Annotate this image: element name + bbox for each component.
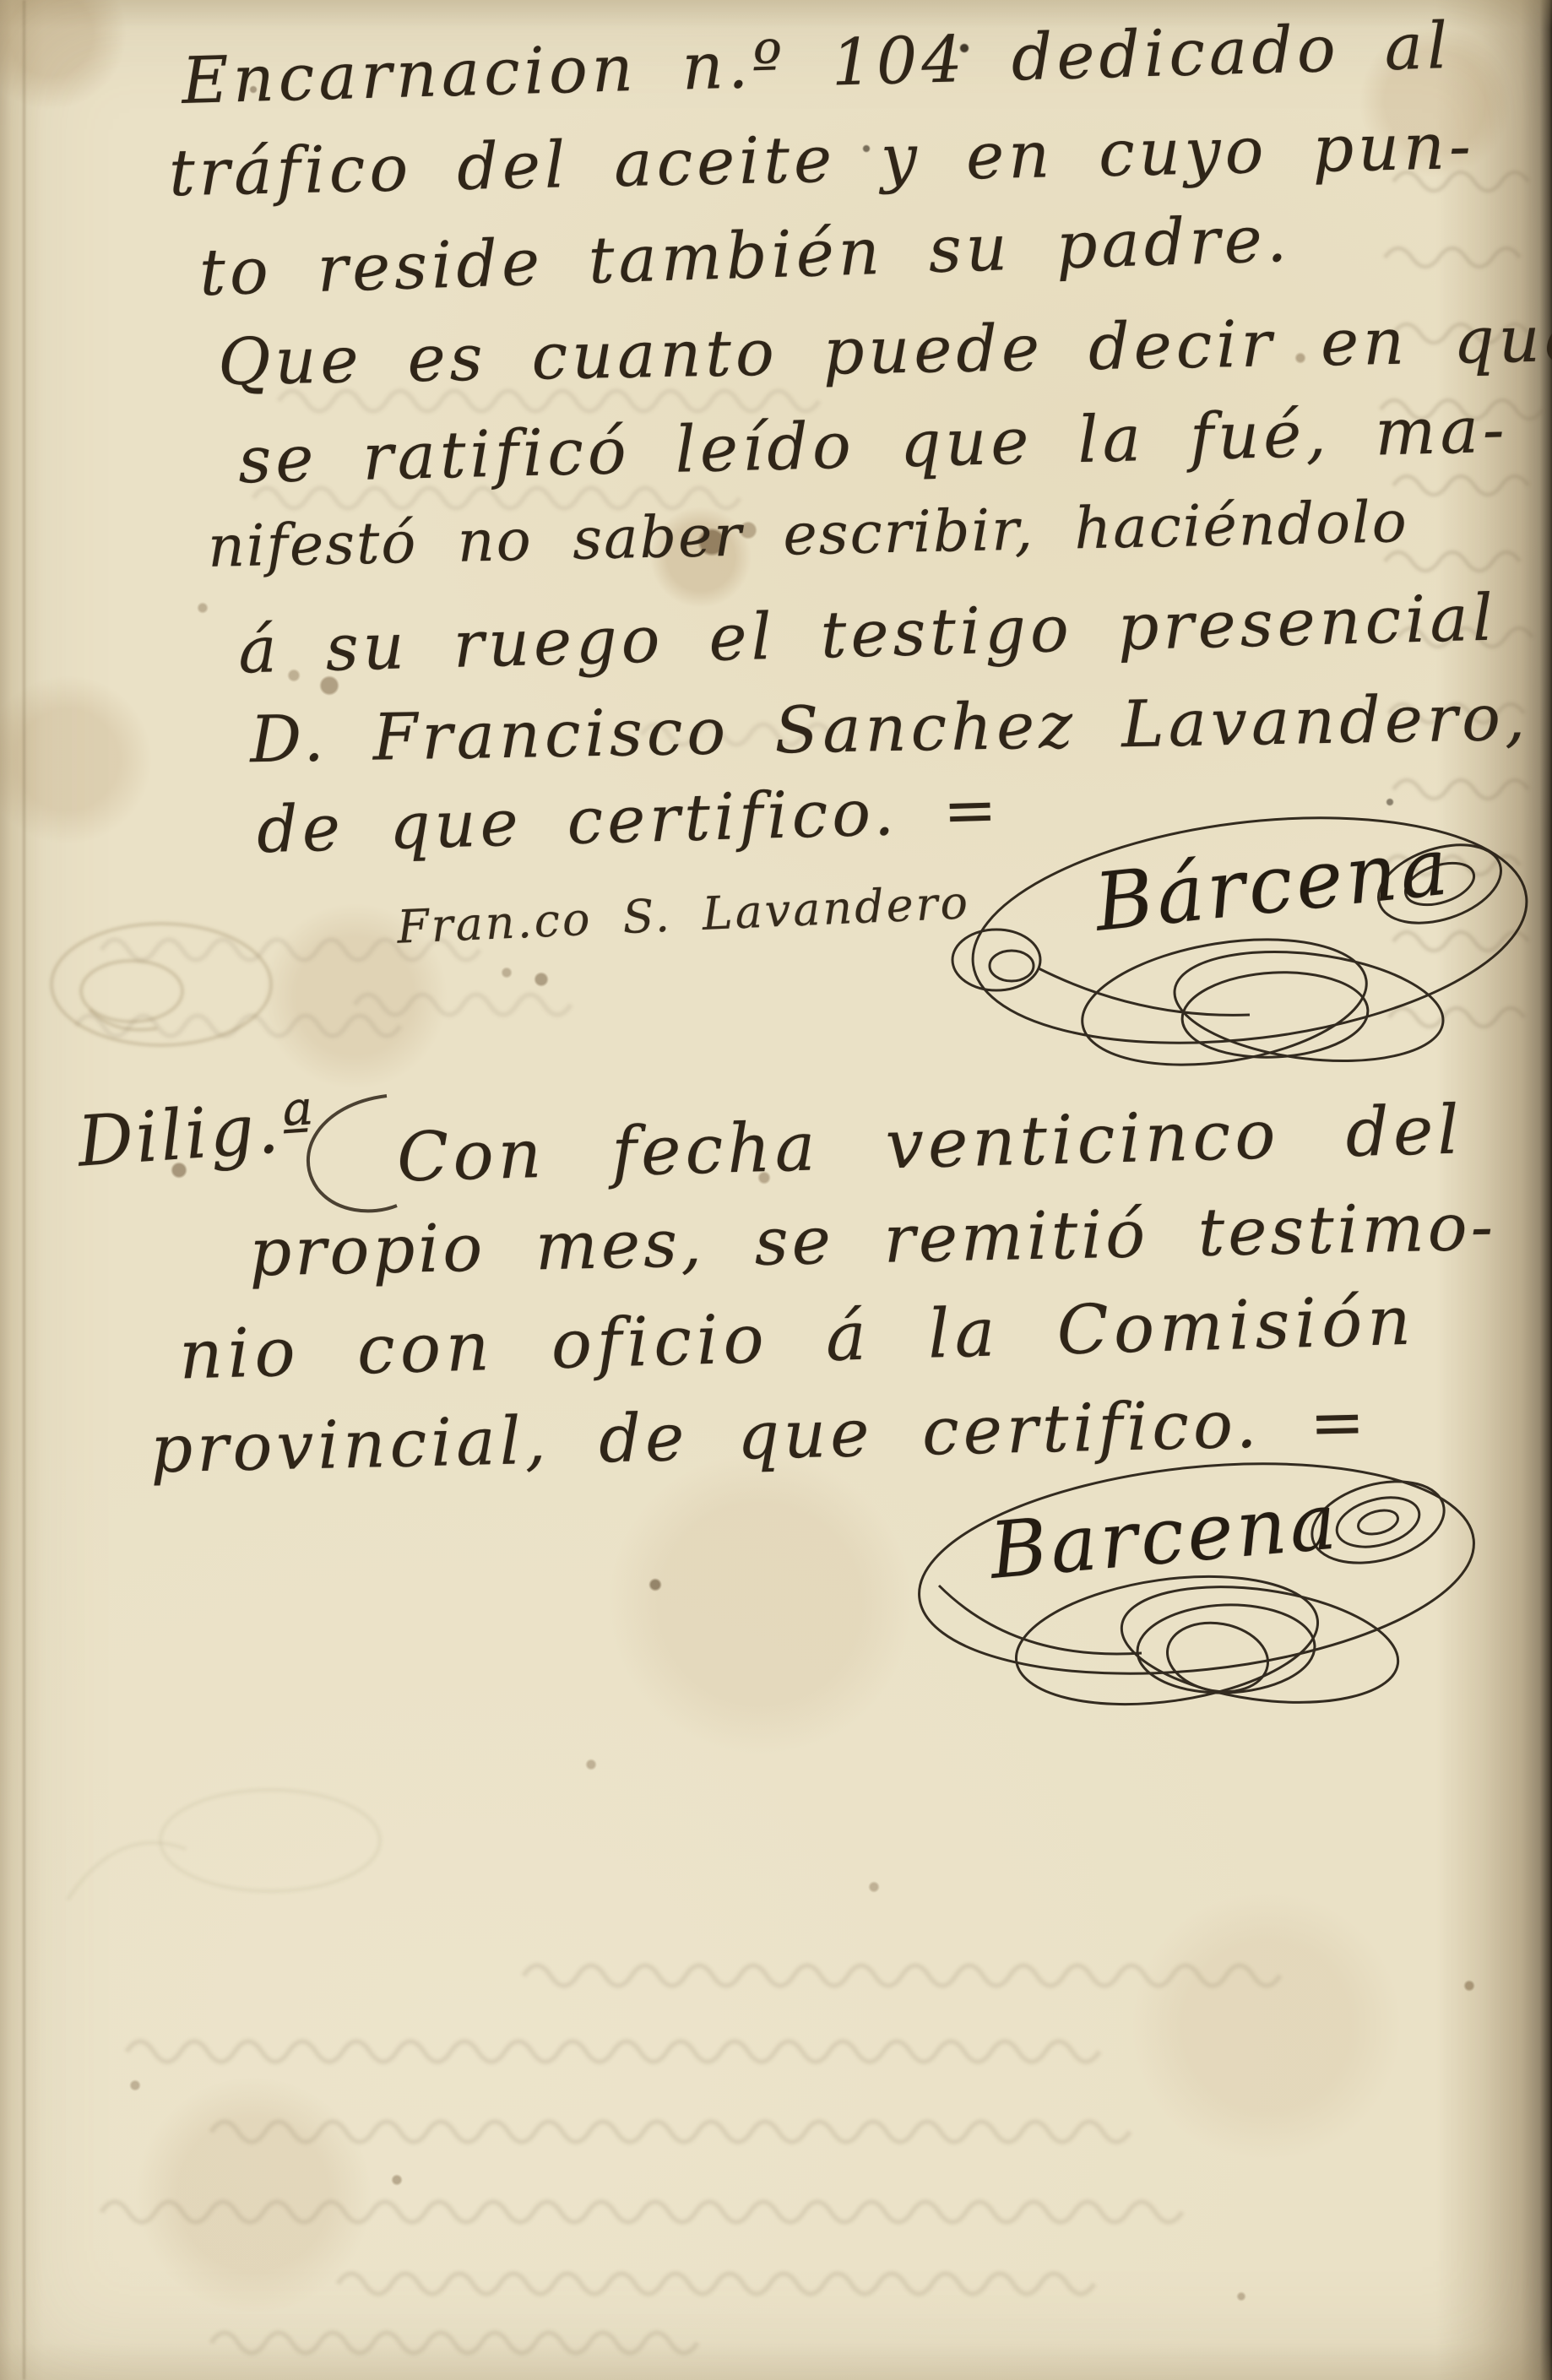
manuscript-line: de que certifico. = [256, 772, 1002, 868]
manuscript-line: á su ruego el testigo presencial [237, 579, 1498, 687]
manuscript-line: Encarnacion n.º 104 dedicado al [181, 8, 1452, 118]
manuscript-line: provincial, de que certifico. = [149, 1385, 1370, 1488]
diligencia-label: Dilig.ª [75, 1086, 319, 1183]
witness-signature: Fran.co S. Lavandero [396, 876, 971, 954]
manuscript-line: propio mes, se remitió testimo- [248, 1190, 1497, 1292]
manuscript-line: se ratificó leído que la fué, ma- [237, 392, 1509, 498]
manuscript-line: nio con oficio á la Comisión [178, 1282, 1417, 1395]
binding-crease [23, 0, 25, 2380]
manuscript-line: Con fecha venticinco del [396, 1090, 1464, 1196]
manuscript-page-scan: Encarnacion n.º 104 dedicado al tráfico … [0, 0, 1552, 2380]
notary-signature: Bárcena [1090, 821, 1455, 950]
manuscript-line: nifestó no saber escribir, haciéndolo [207, 489, 1408, 581]
manuscript-line: tráfico del aceite y en cuyo pun- [168, 108, 1475, 210]
manuscript-line: to reside también su padre. [198, 201, 1292, 311]
notary-signature: Barcena [986, 1476, 1343, 1597]
manuscript-line: Que es cuanto puede decir en que [217, 301, 1552, 399]
faint-stamp-icon [39, 908, 284, 1060]
manuscript-line: D. Francisco Sanchez Lavandero, [249, 680, 1529, 777]
